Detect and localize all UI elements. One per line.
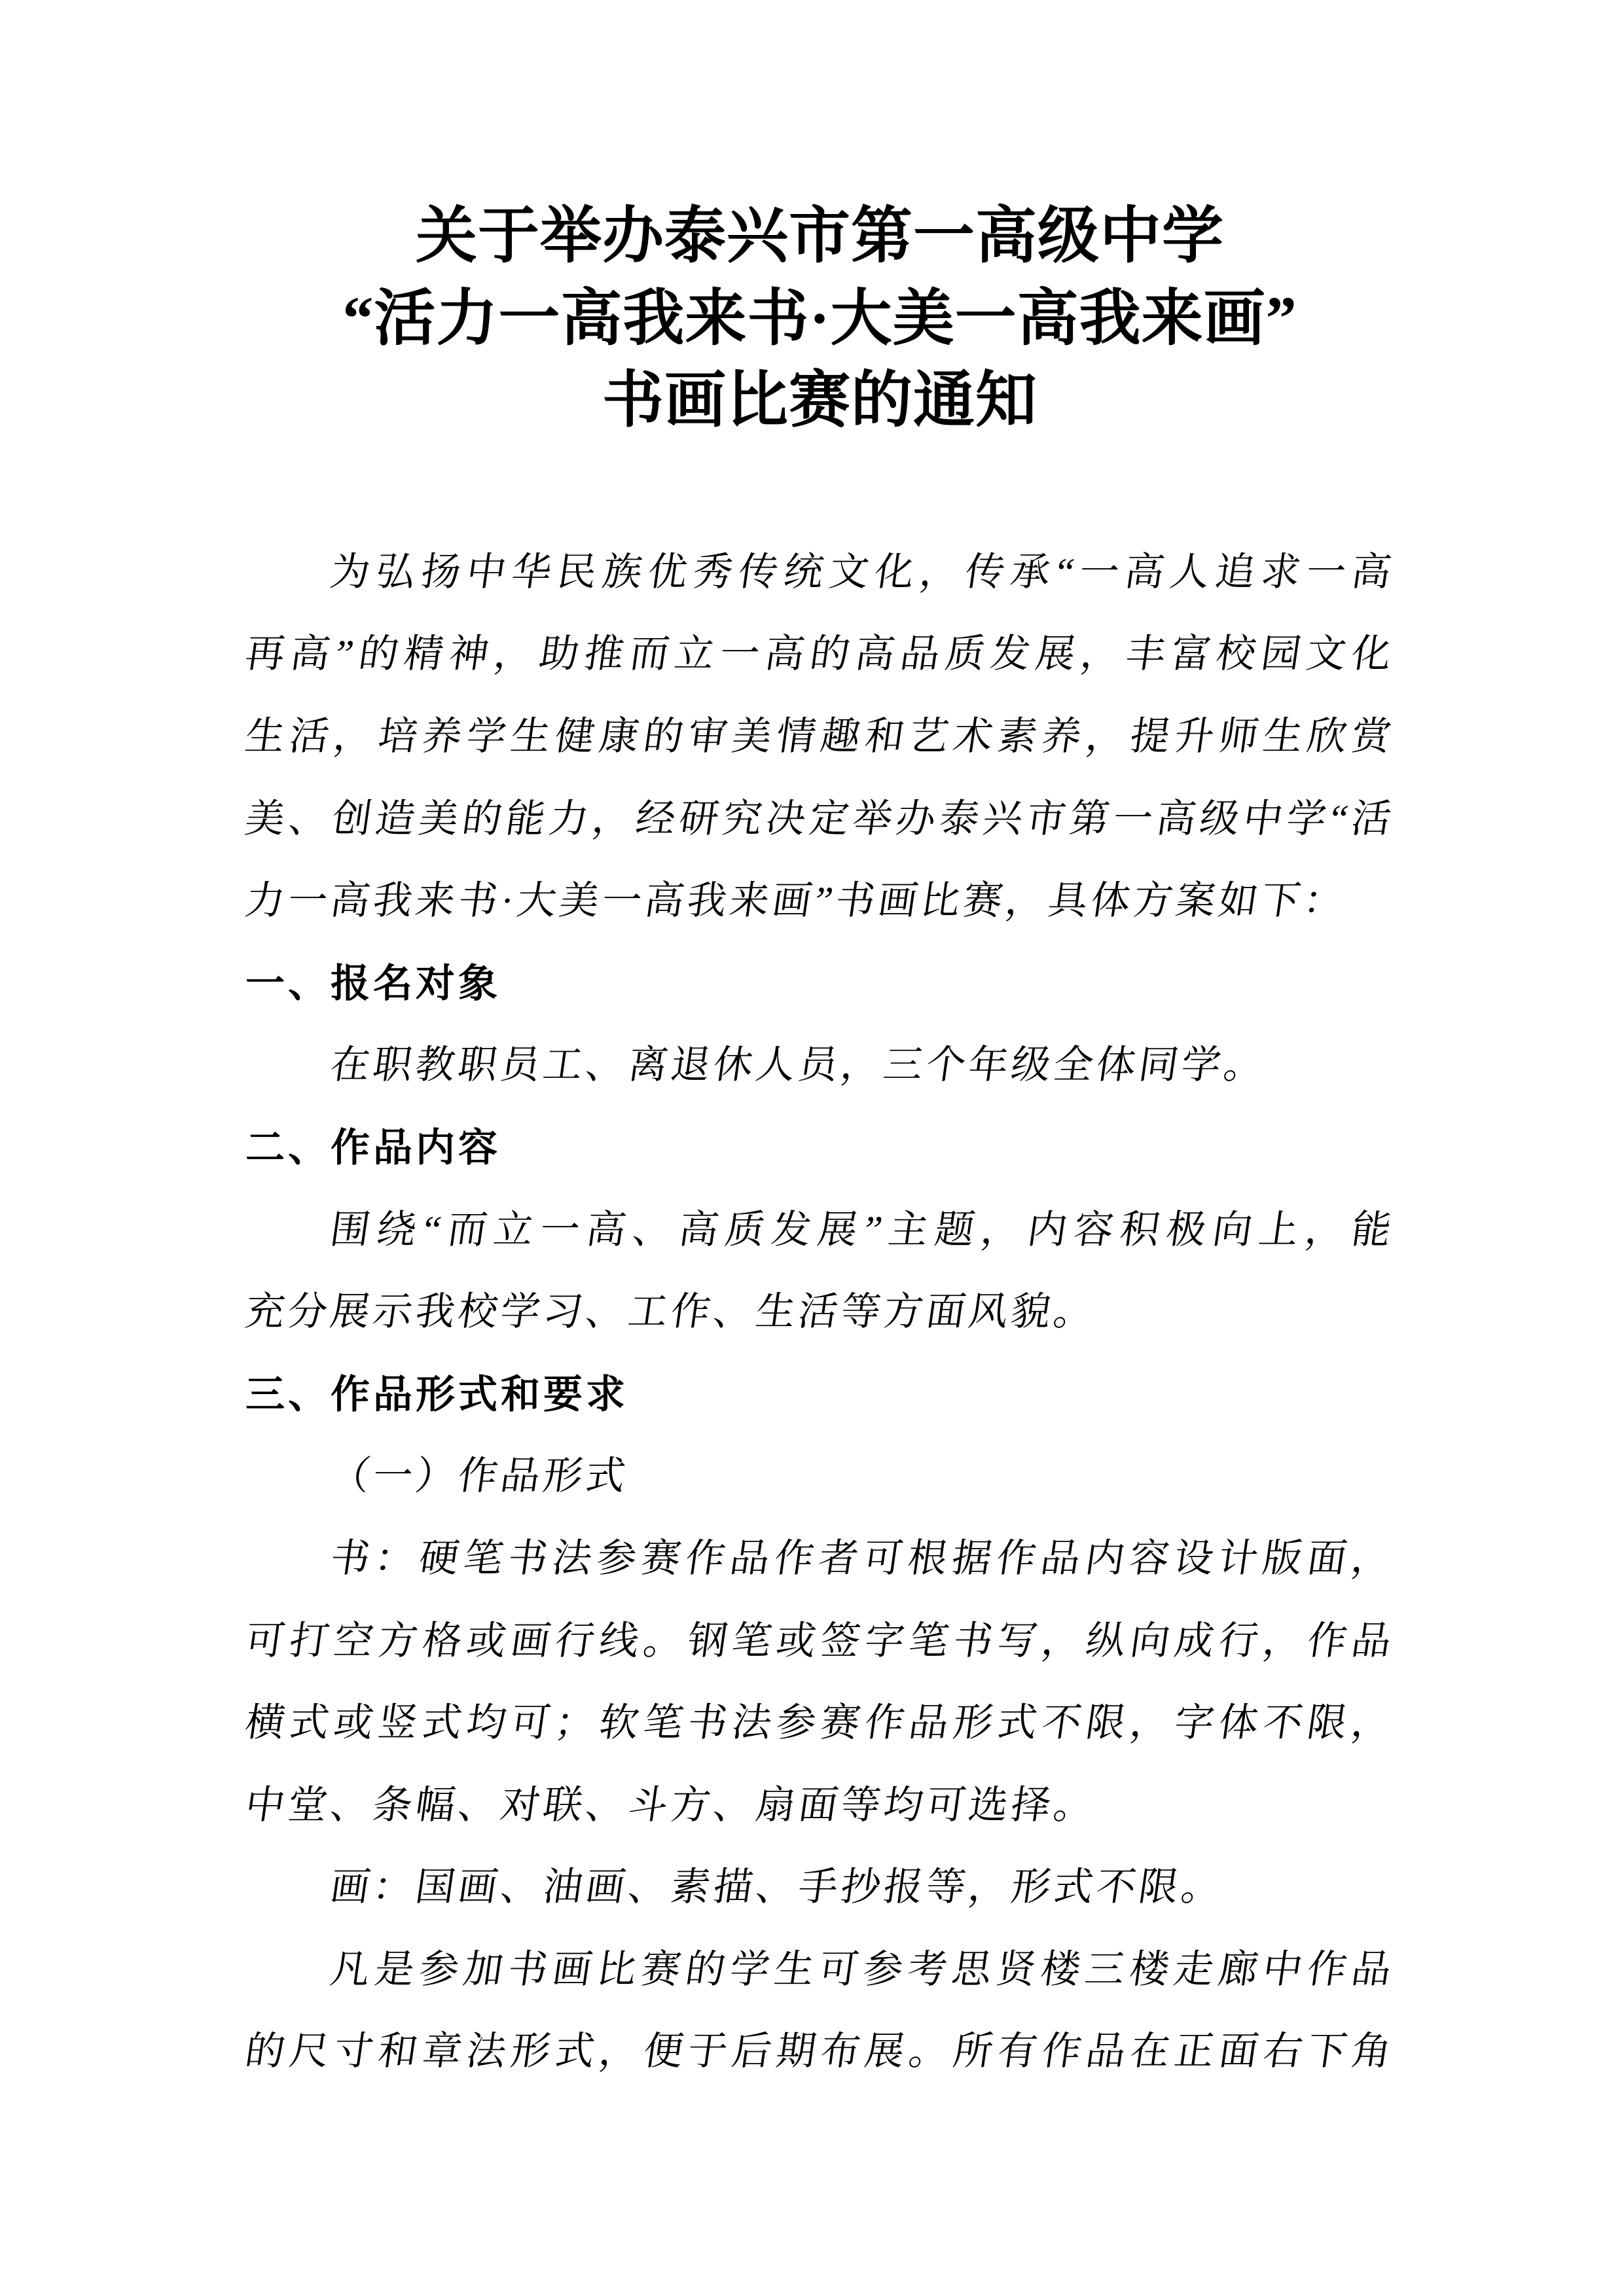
title-line-3: 书画比赛的通知 bbox=[245, 360, 1394, 442]
title-line-2: “活力一高我来书·大美一高我来画” bbox=[245, 278, 1394, 361]
body-line: 为弘扬中华民族优秀传统文化，传承“一高人追求一高 bbox=[240, 531, 1400, 614]
body-line: （一）作品形式 bbox=[240, 1435, 1400, 1518]
body-line: 再高”的精神，助推而立一高的高品质发展，丰富校园文化 bbox=[240, 613, 1400, 696]
body-line: 在职教职员工、离退休人员，三个年级全体同学。 bbox=[240, 1024, 1400, 1107]
title-line-1: 关于举办泰兴市第一高级中学 bbox=[245, 196, 1394, 278]
body-line: 围绕“而立一高、高质发展”主题，内容积极向上，能 bbox=[240, 1189, 1400, 1272]
body-line: 生活，培养学生健康的审美情趣和艺术素养，提升师生欣赏 bbox=[240, 696, 1400, 778]
body-line: 力一高我来书·大美一高我来画”书画比赛，具体方案如下： bbox=[240, 860, 1400, 942]
title-body-gap bbox=[245, 442, 1394, 531]
document-title: 关于举办泰兴市第一高级中学“活力一高我来书·大美一高我来画”书画比赛的通知 bbox=[245, 196, 1394, 442]
body-line: 美、创造美的能力，经研究决定举办泰兴市第一高级中学“活 bbox=[240, 778, 1400, 861]
body-line: 中堂、条幅、对联、斗方、扇面等均可选择。 bbox=[240, 1765, 1400, 1847]
body-line: 书：硬笔书法参赛作品作者可根据作品内容设计版面， bbox=[240, 1518, 1400, 1600]
section-heading: 三、作品形式和要求 bbox=[245, 1354, 1394, 1436]
section-heading: 二、作品内容 bbox=[245, 1107, 1394, 1189]
body-line: 画：国画、油画、素描、手抄报等，形式不限。 bbox=[240, 1846, 1400, 1929]
body-line: 的尺寸和章法形式，便于后期布展。所有作品在正面右下角 bbox=[240, 2011, 1400, 2093]
document-body: 为弘扬中华民族优秀传统文化，传承“一高人追求一高再高”的精神，助推而立一高的高品… bbox=[245, 531, 1394, 2093]
body-line: 凡是参加书画比赛的学生可参考思贤楼三楼走廊中作品 bbox=[240, 1929, 1400, 2011]
body-line: 横式或竖式均可；软笔书法参赛作品形式不限，字体不限， bbox=[240, 1682, 1400, 1765]
text-column: 关于举办泰兴市第一高级中学“活力一高我来书·大美一高我来画”书画比赛的通知 为弘… bbox=[245, 196, 1394, 2093]
document-page: 关于举办泰兴市第一高级中学“活力一高我来书·大美一高我来画”书画比赛的通知 为弘… bbox=[0, 0, 1624, 2296]
body-line: 充分展示我校学习、工作、生活等方面风貌。 bbox=[240, 1271, 1400, 1354]
section-heading: 一、报名对象 bbox=[245, 942, 1394, 1025]
body-line: 可打空方格或画行线。钢笔或签字笔书写，纵向成行，作品 bbox=[240, 1600, 1400, 1683]
